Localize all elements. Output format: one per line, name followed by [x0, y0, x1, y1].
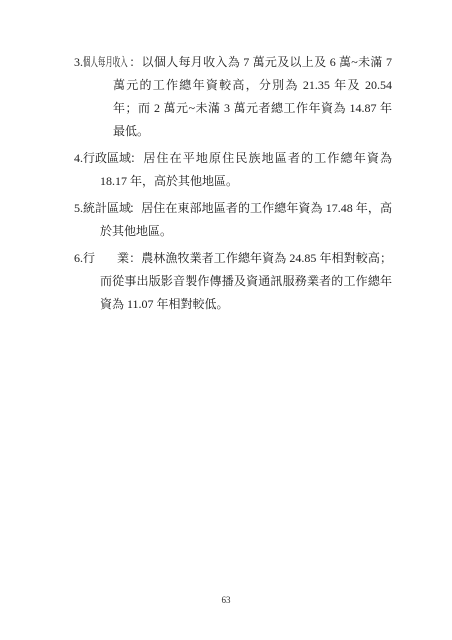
document-body: 3.個人每月收入：以個人每月收入為 7 萬元及以上及 6 萬~未滿 7 萬元的工… [74, 51, 392, 320]
list-item-5: 5.統計區域：居住在東部地區者的工作總年資為 17.48 年，高於其他地區。 [74, 197, 392, 243]
item-colon: ： [129, 151, 143, 165]
item-text: 以個人每月收入為 7 萬元及以上及 6 萬~未滿 7 萬元的工作總年資較高，分別… [113, 55, 392, 138]
item-number: 4. [74, 151, 83, 165]
item-label: 個人每月收入 [83, 51, 129, 74]
item-label: 行政區域 [83, 147, 129, 170]
item-text: 居住在平地原住民族地區者的工作總年資為 18.17 年，高於其他地區。 [100, 151, 392, 188]
item-colon: ： [129, 55, 142, 69]
page-number: 63 [0, 594, 452, 606]
item-label: 行業 [83, 247, 129, 270]
list-item-3: 3.個人每月收入：以個人每月收入為 7 萬元及以上及 6 萬~未滿 7 萬元的工… [74, 51, 392, 143]
item-number: 5. [74, 201, 83, 215]
list-item-4: 4.行政區域：居住在平地原住民族地區者的工作總年資為 18.17 年，高於其他地… [74, 147, 392, 193]
item-label: 統計區域 [83, 197, 129, 220]
item-colon: ： [129, 251, 141, 265]
item-number: 3. [74, 55, 83, 69]
item-text: 農林漁牧業者工作總年資為 24.85 年相對較高；而從事出版影音製作傳播及資通訊… [100, 251, 392, 311]
list-item-6: 6.行業：農林漁牧業者工作總年資為 24.85 年相對較高；而從事出版影音製作傳… [74, 247, 392, 316]
item-number: 6. [74, 251, 83, 265]
item-colon: ： [129, 201, 141, 215]
item-text: 居住在東部地區者的工作總年資為 17.48 年，高於其他地區。 [100, 201, 392, 238]
